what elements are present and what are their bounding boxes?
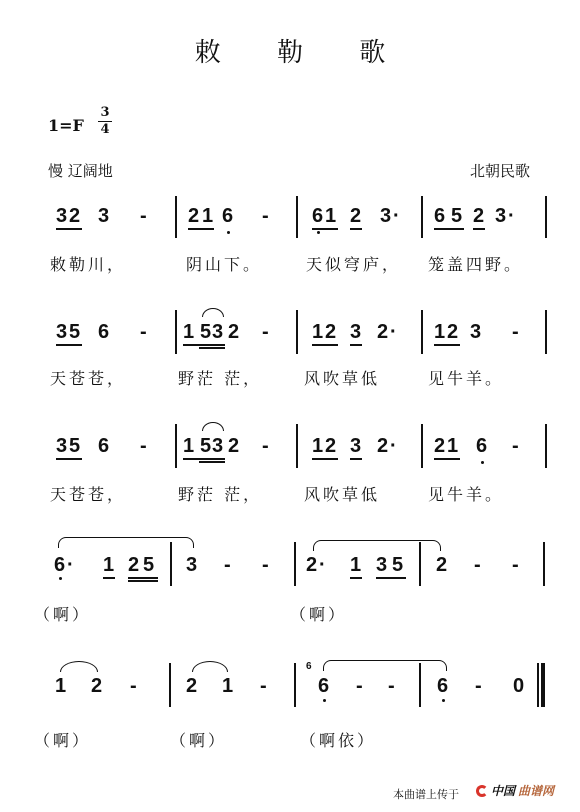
note: 2 — [325, 436, 336, 456]
composer-credit: 北朝民歌 — [470, 160, 530, 181]
note: 3 — [56, 322, 67, 342]
dash: - — [475, 676, 482, 696]
note: 1 — [434, 322, 445, 342]
dash: - — [262, 322, 269, 342]
barline — [175, 424, 177, 468]
note: 5 — [392, 555, 403, 575]
note: 2 — [188, 206, 199, 226]
low-octave-dot — [59, 577, 62, 580]
note: 6 — [312, 206, 323, 226]
underline — [376, 577, 406, 579]
underline — [312, 458, 338, 460]
underline — [183, 458, 225, 460]
note: 3 — [98, 206, 109, 226]
augmentation-dot: · — [393, 206, 400, 226]
underline — [56, 344, 82, 346]
final-barline-thick — [541, 663, 545, 707]
time-signature-bottom: 4 — [98, 123, 112, 137]
note: 6 — [222, 206, 233, 226]
low-octave-dot — [481, 461, 484, 464]
dash: - — [388, 676, 395, 696]
note: 3 — [212, 322, 223, 342]
lyric: 野茫 茫， — [178, 366, 262, 389]
logo-icon — [476, 785, 488, 797]
upload-credit: 本曲谱上传于 — [393, 786, 459, 802]
slur — [202, 422, 224, 431]
lyric: 笼盖四野。 — [428, 252, 523, 275]
logo-text-black: 中国 — [491, 782, 515, 799]
lyric: 野茫 茫， — [178, 482, 262, 505]
lyric: 阴山下。 — [186, 252, 262, 275]
barline — [545, 196, 547, 238]
augmentation-dot: · — [390, 322, 397, 342]
underline — [56, 458, 82, 460]
barline — [175, 310, 177, 354]
note: 3 — [212, 436, 223, 456]
underline — [350, 228, 362, 230]
barline — [296, 310, 298, 354]
lyric: 天似穹庐， — [306, 252, 401, 275]
note: 2 — [447, 322, 458, 342]
slur — [202, 308, 224, 317]
dash: - — [512, 555, 519, 575]
underline — [312, 344, 338, 346]
note: 2 — [186, 676, 197, 696]
note: 2 — [473, 206, 484, 226]
underline-double — [199, 461, 225, 463]
note: 1 — [447, 436, 458, 456]
note: 2 — [377, 436, 388, 456]
low-octave-dot — [442, 699, 445, 702]
note: 2 — [434, 436, 445, 456]
underline — [56, 228, 82, 230]
dash: - — [512, 322, 519, 342]
dash: - — [140, 206, 147, 226]
tempo-marking: 慢 辽阔地 — [48, 160, 113, 181]
barline — [175, 196, 177, 238]
underline — [473, 228, 485, 230]
underline — [350, 458, 362, 460]
note: 2 — [128, 555, 139, 575]
barline — [543, 542, 545, 586]
underline — [312, 228, 338, 230]
note: 5 — [451, 206, 462, 226]
note: 1 — [183, 322, 194, 342]
note: 3 — [470, 322, 481, 342]
barline — [421, 424, 423, 468]
note: 6 — [437, 676, 448, 696]
note: 1 — [312, 436, 323, 456]
underline — [350, 577, 362, 579]
underline-double — [199, 347, 225, 349]
note: 3 — [495, 206, 506, 226]
lyric: 天苍苍， — [50, 482, 126, 505]
final-barline-thin — [537, 663, 539, 707]
note: 5 — [200, 322, 211, 342]
dash: - — [262, 436, 269, 456]
dash: - — [474, 555, 481, 575]
lyric: （啊） — [170, 728, 227, 751]
key-signature: 1=F — [48, 116, 84, 135]
barline — [421, 310, 423, 354]
note: 1 — [202, 206, 213, 226]
lyric: 见牛羊。 — [428, 366, 504, 389]
barline — [294, 663, 296, 707]
lyric: 风吹草低 — [304, 482, 380, 505]
note: 2 — [91, 676, 102, 696]
note: 2 — [350, 206, 361, 226]
dash: - — [262, 206, 269, 226]
dash: - — [260, 676, 267, 696]
augmentation-dot: · — [390, 436, 397, 456]
note: 3 — [350, 322, 361, 342]
note: 2 — [228, 436, 239, 456]
time-signature-top: 3 — [98, 106, 112, 120]
low-octave-dot — [317, 231, 320, 234]
low-octave-dot — [323, 699, 326, 702]
note: 2 — [69, 206, 80, 226]
note: 3 — [380, 206, 391, 226]
note: 6 — [98, 436, 109, 456]
note: 2 — [228, 322, 239, 342]
note: 6 — [476, 436, 487, 456]
slur — [60, 661, 98, 672]
note: 6 — [434, 206, 445, 226]
underline — [188, 228, 214, 230]
underline — [434, 344, 460, 346]
low-octave-dot — [227, 231, 230, 234]
note: 3 — [186, 555, 197, 575]
lyric: （啊） — [34, 602, 91, 625]
rest: 0 — [513, 676, 524, 696]
song-title: 敕 勒 歌 — [0, 32, 580, 69]
barline — [294, 542, 296, 586]
lyric: 敕勒川， — [50, 252, 126, 275]
barline — [296, 424, 298, 468]
note: 5 — [143, 555, 154, 575]
slur — [323, 660, 447, 671]
underline — [128, 577, 158, 579]
note: 3 — [350, 436, 361, 456]
note: 6 — [318, 676, 329, 696]
barline — [170, 542, 172, 586]
note: 1 — [312, 322, 323, 342]
lyric: （啊） — [34, 728, 91, 751]
underline — [350, 344, 362, 346]
note: 1 — [103, 555, 114, 575]
barline — [421, 196, 423, 238]
slur — [313, 540, 441, 551]
barline — [419, 542, 421, 586]
note: 3 — [56, 206, 67, 226]
note: 5 — [69, 322, 80, 342]
note: 5 — [69, 436, 80, 456]
augmentation-dot: · — [508, 206, 515, 226]
dash: - — [140, 322, 147, 342]
grace-note: 6 — [306, 662, 312, 672]
barline — [169, 663, 171, 707]
underline-double — [128, 580, 158, 582]
note: 2 — [306, 555, 317, 575]
augmentation-dot: · — [319, 555, 326, 575]
note: 1 — [183, 436, 194, 456]
lyric: （啊） — [290, 602, 347, 625]
lyric: （啊依） — [300, 728, 376, 751]
lyric: 天苍苍， — [50, 366, 126, 389]
logo-text-brown: 曲谱网 — [518, 782, 554, 799]
augmentation-dot: · — [67, 555, 74, 575]
underline — [183, 344, 225, 346]
dash: - — [262, 555, 269, 575]
dash: - — [130, 676, 137, 696]
barline — [545, 424, 547, 468]
note: 1 — [325, 206, 336, 226]
note: 3 — [376, 555, 387, 575]
slur — [58, 537, 194, 548]
dash: - — [356, 676, 363, 696]
note: 5 — [200, 436, 211, 456]
note: 3 — [56, 436, 67, 456]
note: 2 — [436, 555, 447, 575]
note: 1 — [55, 676, 66, 696]
lyric: 见牛羊。 — [428, 482, 504, 505]
barline — [419, 663, 421, 707]
dash: - — [224, 555, 231, 575]
note: 2 — [377, 322, 388, 342]
note: 1 — [350, 555, 361, 575]
barline — [545, 310, 547, 354]
site-logo[interactable]: 中国 曲谱网 — [476, 782, 554, 799]
underline — [103, 577, 115, 579]
note: 1 — [222, 676, 233, 696]
note: 2 — [325, 322, 336, 342]
barline — [296, 196, 298, 238]
lyric: 风吹草低 — [304, 366, 380, 389]
note: 6 — [54, 555, 65, 575]
underline — [434, 458, 460, 460]
dash: - — [140, 436, 147, 456]
time-signature: 3 4 — [98, 106, 112, 137]
slur — [192, 661, 228, 672]
dash: - — [512, 436, 519, 456]
underline — [434, 228, 464, 230]
note: 6 — [98, 322, 109, 342]
